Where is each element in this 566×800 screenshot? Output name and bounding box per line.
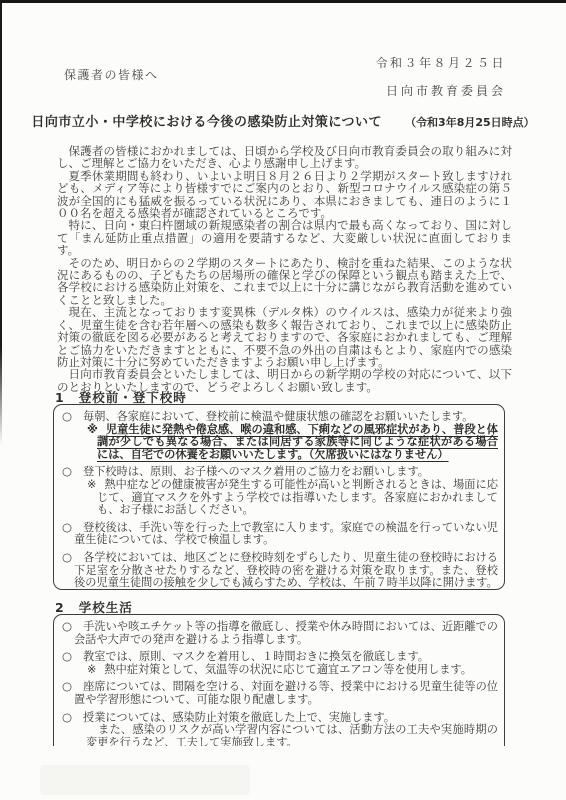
note-text: 児童生徒に発熱や倦怠感、喉の違和感、下痢などの風邪症状があり、普段と体調が少しで… (97, 423, 498, 461)
list-item: ○毎朝、各家庭において、登校前に検温や健康状態の確認をお願いいたします。 ※児童… (62, 410, 498, 461)
list-item: ○授業については、感染防止対策を徹底した上で、実施します。 また、感染のリスクが… (62, 711, 498, 746)
circle-bullet-icon: ○ (62, 710, 72, 724)
note-text: 熱中症などの健康被害が発生する可能性が高いと判断されるときは、場面に応じて、適宜… (97, 478, 498, 516)
circle-bullet-icon: ○ (62, 464, 72, 478)
body-paragraph: 現在、主流となっております変異株（デルタ株）のウイルスは、感染力が従来より強く、… (57, 306, 512, 368)
reference-mark-icon: ※ (87, 663, 96, 676)
note-text: 熱中症対策として、気温等の状況に応じて適宜エアコン等を使用します。 (104, 663, 472, 676)
circle-bullet-icon: ○ (62, 679, 72, 693)
body-paragraph: 保護者の皆様におかれましては、日頃から学校及び日向市教育委員会の取り組みに対し、… (57, 145, 512, 170)
list-item-text: 授業については、感染防止対策を徹底した上で、実施します。 (83, 711, 395, 724)
body-text: 保護者の皆様におかれましては、日頃から学校及び日向市教育委員会の取り組みに対し、… (57, 145, 512, 393)
document-title-date-note: （令和3年8月25日時点） (395, 116, 535, 129)
list-item-text: 登下校時は、原則、お子様へのマスク着用のご協力をお願いします。 (83, 465, 429, 478)
scan-smudge (40, 765, 250, 795)
section-1-heading-text: 登校前・登下校時 (79, 390, 187, 405)
reference-mark-icon: ※ (87, 478, 96, 491)
body-paragraph: そのため、明日からの２学期のスタートにあたり、検討を重ねた結果、このような状況に… (57, 257, 512, 307)
scanned-document-page: 令和３年８月２５日 保護者の皆様へ 日向市教育委員会 日向市立小・中学校における… (0, 0, 566, 800)
document-date: 令和３年８月２５日 (375, 54, 506, 71)
reference-mark-icon: ※ (87, 423, 98, 436)
circle-bullet-icon: ○ (62, 520, 72, 534)
list-item-text: 教室では、原則、マスクを着用し、１時間おきに換気を徹底します。 (83, 650, 429, 663)
list-item-note: ※熱中症などの健康被害が発生する可能性が高いと判断されるときは、場面に応じて、適… (87, 479, 498, 517)
scan-edge-top (0, 0, 566, 3)
list-item: ○手洗いや咳エチケット等の指導を徹底し、授業や休み時間においては、近距離での会話… (62, 620, 498, 646)
list-item-text: 登校後は、手洗い等を行った上で教室に入ります。家庭での検温を行っていない児童生徒… (74, 521, 498, 547)
recipient-line: 保護者の皆様へ (64, 66, 159, 83)
circle-bullet-icon: ○ (62, 619, 72, 633)
section-2-rules-box: ○手洗いや咳エチケット等の指導を徹底し、授業や休み時間においては、近距離での会話… (53, 614, 505, 746)
list-item-continuation: また、感染のリスクが高い学習内容については、活動方法の工夫や実施時期の変更を行う… (74, 724, 498, 746)
list-item: ○座席については、間隔を空ける、対面を避ける等、授業中における児童生徒等の位置や… (62, 680, 498, 706)
section-1-rules-box: ○毎朝、各家庭において、登校前に検温や健康状態の確認をお願いいたします。 ※児童… (53, 404, 505, 590)
circle-bullet-icon: ○ (62, 550, 72, 564)
list-item: ○登下校時は、原則、お子様へのマスク着用のご協力をお願いします。 ※熱中症などの… (62, 465, 498, 516)
list-item: ○各学校においては、地区ごとに登校時刻をずらしたり、児童生徒の登校時における下足… (62, 551, 498, 590)
list-item: ○教室では、原則、マスクを着用し、１時間おきに換気を徹底します。 ※熱中症対策と… (62, 650, 498, 676)
document-title: 日向市立小・中学校における今後の感染防止対策について（令和3年8月25日時点） (0, 111, 566, 130)
body-paragraph: 夏季休業期間も終わり、いよいよ明日８月２６日より２学期がスタート致しますけれども… (57, 170, 512, 220)
list-item-note: ※熱中症対策として、気温等の状況に応じて適宜エアコン等を使用します。 (87, 664, 498, 677)
list-item-text: 手洗いや咳エチケット等の指導を徹底し、授業や休み時間においては、近距離での会話や… (74, 620, 498, 646)
sender-line: 日向市教育委員会 (386, 82, 506, 99)
section-2-heading-text: 学校生活 (79, 600, 133, 615)
body-paragraph: 特に、日向・東臼杵圏域の新規感染者の割合は県内で最も高くなっており、国に対して「… (57, 219, 512, 256)
list-item-note-emphasized: ※児童生徒に発熱や倦怠感、喉の違和感、下痢などの風邪症状があり、普段と体調が少し… (87, 424, 498, 462)
section-2-number: 2 (55, 600, 65, 615)
list-item-text: 毎朝、各家庭において、登校前に検温や健康状態の確認をお願いいたします。 (83, 410, 473, 423)
circle-bullet-icon: ○ (62, 649, 72, 663)
scan-edge-left (0, 0, 2, 445)
section-1-number: 1 (55, 390, 65, 405)
list-item-text: 各学校においては、地区ごとに登校時刻をずらしたり、児童生徒の登校時における下足室… (74, 551, 498, 589)
circle-bullet-icon: ○ (62, 409, 72, 423)
list-item: ○登校後は、手洗い等を行った上で教室に入ります。家庭での検温を行っていない児童生… (62, 521, 498, 547)
list-item-text: 座席については、間隔を空ける、対面を避ける等、授業中における児童生徒等の位置や学… (74, 680, 498, 706)
document-title-text: 日向市立小・中学校における今後の感染防止対策について (31, 115, 382, 130)
